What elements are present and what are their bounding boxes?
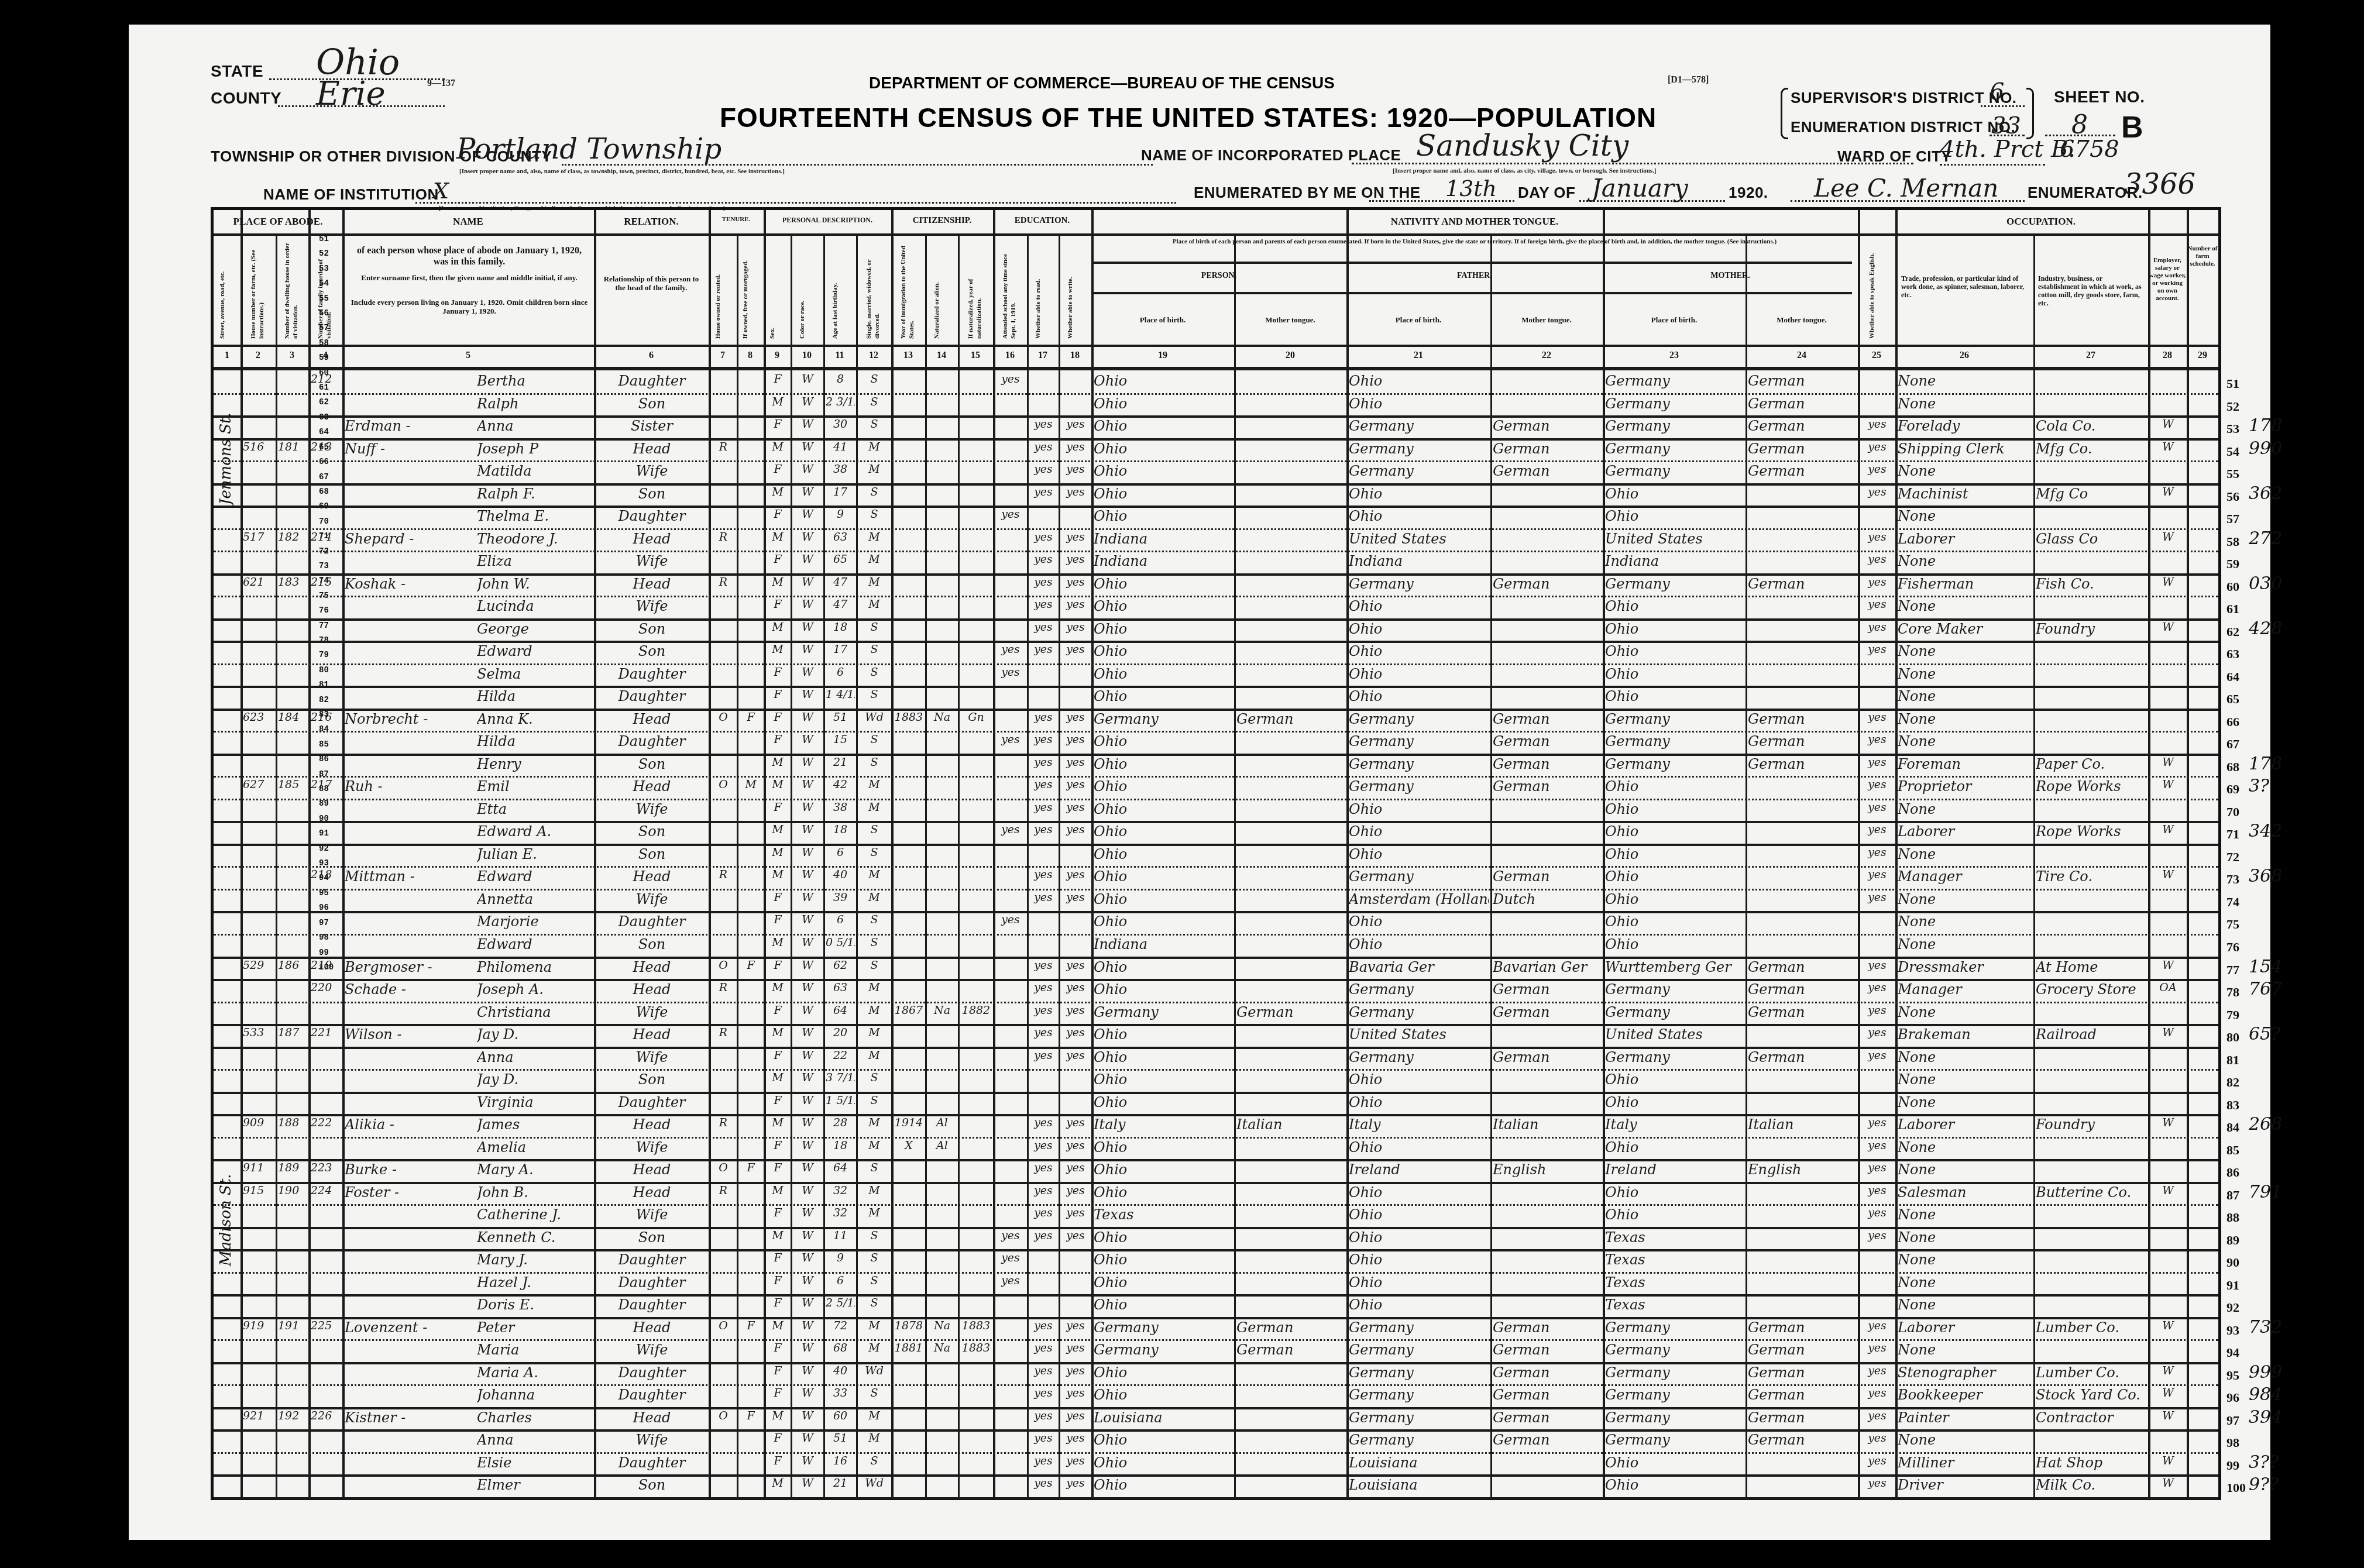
name-instructions-3: Include every person living on January 1… [349, 298, 589, 315]
cell-trade: Stenographer [1898, 1364, 2032, 1381]
cell-house: 911 [243, 1161, 274, 1174]
line-number: 63 [2226, 647, 2239, 662]
cell-class: W [2150, 1319, 2186, 1332]
cell-m_pob: Ohio [1605, 868, 1744, 885]
cell-mort: F [739, 711, 762, 724]
cell-read: yes [1029, 1229, 1057, 1242]
cell-m_tongue: German [1748, 1049, 1857, 1065]
cell-given-name: Annetta [477, 891, 592, 907]
cell-natyr: Gn [960, 711, 992, 724]
cell-given-name: Anna [477, 418, 592, 434]
vertical-header-c7: Home owned or rented. [714, 239, 722, 339]
cell-given-name: Edward [477, 868, 592, 885]
cell-f_tongue: German [1493, 1387, 1602, 1403]
cell-given-name: Virginia [477, 1094, 592, 1110]
cell-age: 33 [826, 1387, 855, 1399]
supervisor-label: SUPERVISOR'S DISTRICT NO. [1791, 89, 2017, 107]
cell-m_pob: Germany [1605, 1004, 1744, 1020]
cell-age: 51 [826, 711, 855, 724]
cell-own: R [711, 576, 736, 589]
cell-pob: Ohio [1094, 1184, 1233, 1201]
column-number-4: 4 [308, 350, 342, 361]
sheet-side: B [2121, 110, 2143, 145]
cell-age: 39 [826, 891, 855, 904]
cell-house: 533 [243, 1026, 274, 1039]
cell-tongue: German [1236, 1004, 1345, 1020]
cell-m_pob: Germany [1605, 1409, 1744, 1426]
cell-pob: Ohio [1094, 823, 1233, 840]
cell-given-name: John W. [477, 576, 592, 592]
cell-pob: Germany [1094, 1319, 1233, 1336]
cell-trade: Dressmaker [1898, 959, 2032, 975]
cell-marital: S [858, 1387, 890, 1399]
cell-race: W [793, 1004, 822, 1017]
cell-dwelling: 183 [278, 576, 307, 589]
cell-natyr: 1883 [960, 1319, 992, 1332]
column-number-18: 18 [1059, 350, 1091, 361]
cell-f_pob: United States [1349, 1026, 1489, 1043]
cell-f_pob: Louisiana [1349, 1454, 1489, 1471]
cell-read: yes [1029, 891, 1057, 904]
cell-sex: F [766, 913, 789, 926]
cell-dwelling: 191 [278, 1319, 307, 1332]
cell-write: yes [1061, 981, 1090, 994]
cell-given-name: Mary J. [477, 1251, 592, 1268]
cell-relation: Son [596, 846, 707, 862]
cell-given-name: Christiana [477, 1004, 592, 1020]
ed-label: ENUMERATION DISTRICT NO. [1791, 118, 2015, 136]
cell-relation: Wife [596, 801, 707, 817]
cell-race: W [793, 396, 822, 408]
cell-age: 8 [826, 373, 855, 386]
cell-sex: F [766, 1342, 789, 1354]
cell-trade: Laborer [1898, 1319, 2032, 1336]
cell-sex: M [766, 1477, 789, 1490]
line-number: 60 [2226, 579, 2239, 594]
cell-m_pob: Texas [1605, 1229, 1744, 1246]
line-number: 72 [2226, 850, 2239, 865]
cell-given-name: Maria [477, 1342, 592, 1358]
cell-pob: Ohio [1094, 868, 1233, 885]
line-number: 94 [2226, 1345, 2239, 1360]
township-note: [Insert proper name and, also, name of c… [459, 168, 785, 175]
table-row: ChristianaWifeFW64M1867Na1882yesyesyesGe… [214, 1002, 2218, 1024]
column-number-7: 7 [709, 350, 737, 361]
cell-class: OA [2150, 981, 2186, 994]
cell-f_pob: Ohio [1349, 373, 1489, 389]
cell-marital: M [858, 981, 890, 994]
cell-class: W [2150, 1477, 2186, 1490]
cell-relation: Wife [596, 1206, 707, 1223]
cell-pob: Ohio [1094, 733, 1233, 749]
cell-marital: M [858, 1432, 890, 1445]
cell-given-name: Anna [477, 1049, 592, 1065]
county-label: COUNTY [211, 89, 281, 108]
cell-pob: Ohio [1094, 1477, 1233, 1493]
cell-sex: F [766, 1049, 789, 1062]
cell-trade: None [1898, 463, 2032, 479]
cell-m_pob: Ohio [1605, 846, 1744, 862]
cell-pob: Ohio [1094, 801, 1233, 817]
cell-english: yes [1860, 1342, 1894, 1354]
table-row: HildaDaughterFW1 4/12SOhioOhioOhioNone65 [214, 686, 2218, 709]
cell-trade: None [1898, 891, 2032, 907]
cell-relation: Son [596, 1071, 707, 1088]
cell-f_pob: Germany [1349, 418, 1489, 434]
cell-sex: M [766, 621, 789, 634]
line-number: 58 [2226, 534, 2239, 549]
table-row: AnnettaWifeFW39MyesyesyesOhioAmsterdam (… [214, 889, 2218, 912]
cell-english: yes [1860, 643, 1894, 656]
cell-write: yes [1061, 1184, 1090, 1197]
cell-write: yes [1061, 1116, 1090, 1129]
cell-english: yes [1860, 418, 1894, 431]
occupation-code-note: 767 [2249, 979, 2282, 999]
table-row: 529186219Bergmoser -PhilomenaHeadOFFW62S… [214, 957, 2218, 979]
line-number: 81 [2226, 1053, 2239, 1068]
line-number: 66 [2226, 714, 2239, 730]
cell-name: Nuff - [345, 441, 468, 457]
cell-given-name: Kenneth C. [477, 1229, 592, 1246]
cell-given-name: Doris E. [477, 1297, 592, 1313]
cell-race: W [793, 913, 822, 926]
cell-relation: Wife [596, 598, 707, 614]
column-number-3: 3 [276, 350, 308, 361]
cell-m_pob: Germany [1605, 711, 1744, 727]
occupation-code-note: 990 [2249, 438, 2282, 459]
cell-school: yes [995, 733, 1026, 746]
table-row: AmeliaWifeFW18MXAlyesyesyesOhioOhioOhioN… [214, 1137, 2218, 1160]
cell-given-name: Charles [477, 1409, 592, 1426]
cell-pob: Ohio [1094, 1094, 1233, 1110]
cell-class: W [2150, 486, 2186, 498]
cell-family: 222 [311, 1116, 341, 1129]
ward-value: 4th. Prct B. [1940, 136, 2076, 163]
cell-class: W [2150, 441, 2186, 453]
table-row: EdwardSonMW17SyesyesyesyesOhioOhioOhioNo… [214, 641, 2218, 663]
cell-english: yes [1860, 959, 1894, 972]
cell-dwelling: 188 [278, 1116, 307, 1129]
cell-sex: M [766, 868, 789, 881]
cell-nat: Al [927, 1139, 957, 1152]
cell-marital: S [858, 1161, 890, 1174]
cell-sex: M [766, 936, 789, 949]
cell-write: yes [1061, 598, 1090, 611]
cell-f_pob: Germany [1349, 733, 1489, 749]
cell-age: 68 [826, 1342, 855, 1354]
occupation-code-note: 268 [2249, 1114, 2282, 1134]
cell-race: W [793, 1297, 822, 1309]
cell-name: Wilson - [345, 1026, 468, 1043]
occupation-industry-header: Industry, business, or establishment in … [2038, 274, 2143, 307]
cell-m_pob: Italy [1605, 1116, 1744, 1133]
cell-relation: Head [596, 531, 707, 547]
occupation-code-note: 394 [2249, 1407, 2282, 1428]
cell-f_pob: Ohio [1349, 486, 1489, 502]
cell-m_pob: Ohio [1605, 598, 1744, 614]
cell-family: 226 [311, 1409, 341, 1422]
cell-f_pob: Germany [1349, 1342, 1489, 1358]
cell-english: yes [1860, 1409, 1894, 1422]
cell-pob: Germany [1094, 711, 1233, 727]
cell-race: W [793, 778, 822, 791]
cell-race: W [793, 1206, 822, 1219]
cell-given-name: Lucinda [477, 598, 592, 614]
cell-given-name: Bertha [477, 373, 592, 389]
cell-f_pob: Ohio [1349, 801, 1489, 817]
cell-relation: Head [596, 959, 707, 975]
table-row: 915190224Foster -John B.HeadRMW32Myesyes… [214, 1182, 2218, 1205]
cell-family: 223 [311, 1161, 341, 1174]
cell-industry: Railroad [2036, 1026, 2147, 1043]
cell-write: yes [1061, 1004, 1090, 1017]
cell-trade: Driver [1898, 1477, 2032, 1493]
cell-sex: M [766, 1319, 789, 1332]
cell-age: 3 7/12 [826, 1071, 855, 1084]
cell-write: yes [1061, 1477, 1090, 1490]
cell-marital: S [858, 1229, 890, 1242]
cell-age: 42 [826, 778, 855, 791]
cell-marital: S [858, 1454, 890, 1467]
cell-house: 627 [243, 778, 274, 791]
cell-sex: F [766, 688, 789, 701]
cell-english: yes [1860, 598, 1894, 611]
cell-f_tongue: German [1493, 1004, 1602, 1020]
cell-relation: Daughter [596, 373, 707, 389]
cell-age: 47 [826, 598, 855, 611]
cell-class: W [2150, 418, 2186, 431]
cell-english: yes [1860, 1206, 1894, 1219]
cell-write: yes [1061, 576, 1090, 589]
table-row: EttaWifeFW38MyesyesyesOhioOhioOhioNone70 [214, 799, 2218, 821]
cell-pob: Ohio [1094, 846, 1233, 862]
cell-industry: Tire Co. [2036, 868, 2147, 885]
line-number: 61 [2226, 601, 2239, 617]
cell-f_pob: Louisiana [1349, 1477, 1489, 1493]
cell-race: W [793, 846, 822, 859]
cell-pob: Italy [1094, 1116, 1233, 1133]
cell-name: Alikia - [345, 1116, 468, 1133]
day-of-label: DAY OF [1516, 184, 1578, 202]
cell-given-name: Eliza [477, 553, 592, 569]
cell-name: Kistner - [345, 1409, 468, 1426]
cell-trade: None [1898, 711, 2032, 727]
occupation-code-note: 178 [2249, 754, 2282, 774]
table-row: Catherine J.WifeFW32MyesyesyesTexasOhioO… [214, 1204, 2218, 1227]
cell-write: yes [1061, 1206, 1090, 1219]
table-row: 627185217Ruh -EmilHeadOMMW42MyesyesyesWO… [214, 776, 2218, 799]
cell-pob: Ohio [1094, 643, 1233, 659]
cell-given-name: Peter [477, 1319, 592, 1336]
cell-race: W [793, 1184, 822, 1197]
supervisor-value: 6 [1990, 78, 2004, 105]
cell-industry: Foundry [2036, 621, 2147, 637]
cell-relation: Daughter [596, 1274, 707, 1291]
cell-marital: S [858, 643, 890, 656]
cell-trade: Shipping Clerk [1898, 441, 2032, 457]
cell-read: yes [1029, 1139, 1057, 1152]
cell-school: yes [995, 643, 1026, 656]
cell-race: W [793, 801, 822, 814]
vertical-header-c15: If naturalized, year of naturalization. [967, 239, 983, 339]
cell-trade: Manager [1898, 868, 2032, 885]
cell-age: 30 [826, 418, 855, 431]
column-number-23: 23 [1603, 350, 1745, 361]
cell-marital: S [858, 936, 890, 949]
cell-marital: S [858, 1274, 890, 1287]
cell-m_tongue: German [1748, 396, 1857, 412]
table-row: 921192226Kistner -CharlesHeadOFMW60Myesy… [214, 1407, 2218, 1430]
column-number-19: 19 [1091, 350, 1234, 361]
cell-relation: Son [596, 756, 707, 772]
cell-english: yes [1860, 1229, 1894, 1242]
cell-immig: 1914 [894, 1116, 924, 1129]
occupation-code-note: 984 [2249, 1384, 2282, 1405]
cell-m_pob: Germany [1605, 418, 1744, 434]
cell-name: Norbrecht - [345, 711, 468, 727]
cell-m_pob: Ohio [1605, 508, 1744, 524]
cell-school: yes [995, 1229, 1026, 1242]
cell-read: yes [1029, 1004, 1057, 1017]
cell-f_pob: Ohio [1349, 823, 1489, 840]
cell-age: 20 [826, 1026, 855, 1039]
cell-family: 224 [311, 1184, 341, 1197]
cell-f_pob: Ohio [1349, 1139, 1489, 1156]
cell-pob: Ohio [1094, 959, 1233, 975]
cell-english: yes [1860, 1319, 1894, 1332]
cell-age: 32 [826, 1184, 855, 1197]
cell-race: W [793, 1094, 822, 1107]
cell-m_pob: Ohio [1605, 621, 1744, 637]
cell-read: yes [1029, 1364, 1057, 1377]
cell-read: yes [1029, 418, 1057, 431]
cell-trade: None [1898, 1049, 2032, 1065]
cell-name: Foster - [345, 1184, 468, 1201]
cell-nat: Na [927, 1319, 957, 1332]
nativity-mother-header: MOTHER. [1603, 271, 1858, 280]
cell-english: yes [1860, 823, 1894, 836]
cell-house: 921 [243, 1409, 274, 1422]
cell-name: Shepard - [345, 531, 468, 547]
enumerated-day: 13th [1445, 176, 1497, 201]
cell-f_pob: Ohio [1349, 508, 1489, 524]
cell-f_pob: Ohio [1349, 621, 1489, 637]
header-bottom-rule [214, 345, 2218, 347]
cell-pob: Ohio [1094, 1071, 1233, 1088]
cell-given-name: Edward [477, 936, 592, 953]
township-value: Portland Township [456, 133, 721, 166]
table-row: Doris E.DaughterFW2 5/12SOhioOhioTexasNo… [214, 1294, 2218, 1317]
cell-marital: M [858, 801, 890, 814]
cell-own: R [711, 1116, 736, 1129]
cell-m_tongue: German [1748, 981, 1857, 998]
cell-f_pob: Germany [1349, 711, 1489, 727]
cell-marital: M [858, 531, 890, 544]
cell-sex: F [766, 1297, 789, 1309]
cell-school: yes [995, 373, 1026, 386]
cell-trade: Foreman [1898, 756, 2032, 772]
cell-m_pob: Germany [1605, 1432, 1744, 1448]
cell-age: 22 [826, 1049, 855, 1062]
cell-own: R [711, 868, 736, 881]
cell-f_pob: Ohio [1349, 688, 1489, 704]
cell-marital: M [858, 1116, 890, 1129]
cell-age: 18 [826, 621, 855, 634]
cell-trade: None [1898, 373, 2032, 389]
cell-sex: F [766, 1094, 789, 1107]
cell-marital: M [858, 1409, 890, 1422]
cell-age: 6 [826, 1274, 855, 1287]
line-number: 59 [2226, 556, 2239, 572]
cell-read: yes [1029, 1387, 1057, 1399]
cell-relation: Wife [596, 1432, 707, 1448]
occupation-code-note: 9?? [2249, 1474, 2279, 1495]
table-row: MatildaWifeFW38MyesyesyesOhioGermanyGerm… [214, 460, 2218, 483]
cell-sex: M [766, 756, 789, 769]
cell-marital: M [858, 598, 890, 611]
cell-race: W [793, 1454, 822, 1467]
cell-trade: Laborer [1898, 1116, 2032, 1133]
cell-class: W [2150, 1184, 2186, 1197]
column-number-25: 25 [1858, 350, 1895, 361]
cell-class: W [2150, 959, 2186, 972]
cell-pob: Ohio [1094, 598, 1233, 614]
cell-trade: None [1898, 1004, 2032, 1020]
cell-house: 516 [243, 441, 274, 453]
nativity-subgroup-rule-2 [1091, 292, 1852, 294]
cell-school: yes [995, 823, 1026, 836]
cell-english: yes [1860, 1116, 1894, 1129]
cell-sex: F [766, 1139, 789, 1152]
line-number: 69 [2226, 782, 2239, 797]
cell-age: 0 5/12 [826, 936, 855, 949]
line-number: 70 [2226, 804, 2239, 820]
cell-english: yes [1860, 463, 1894, 476]
cell-write: yes [1061, 1161, 1090, 1174]
line-number: 95 [2226, 1368, 2239, 1383]
cell-read: yes [1029, 598, 1057, 611]
vertical-header-c8: If owned, free or mortgaged. [741, 239, 750, 339]
cell-age: 47 [826, 576, 855, 589]
cell-given-name: James [477, 1116, 592, 1133]
cell-f_pob: Bavaria Ger [1349, 959, 1489, 975]
cell-sex: F [766, 959, 789, 972]
cell-english: yes [1860, 486, 1894, 498]
cell-english: yes [1860, 981, 1894, 994]
table-row: VirginiaDaughterFW1 5/12SOhioOhioOhioNon… [214, 1092, 2218, 1115]
cell-age: 72 [826, 1319, 855, 1332]
cell-write: yes [1061, 868, 1090, 881]
cell-race: W [793, 1387, 822, 1399]
cell-sex: F [766, 373, 789, 386]
father-place-of-birth-header: Place of birth. [1346, 315, 1490, 324]
cell-f_pob: Ohio [1349, 846, 1489, 862]
cell-f_tongue: German [1493, 1432, 1602, 1448]
table-row: 218Mittman -EdwardHeadRMW40MyesyesyesWOh… [214, 866, 2218, 889]
cell-sex: F [766, 508, 789, 521]
cell-sex: M [766, 823, 789, 836]
cell-trade: None [1898, 396, 2032, 412]
cell-english: yes [1860, 846, 1894, 859]
cell-m_pob: Germany [1605, 396, 1744, 412]
cell-marital: M [858, 1026, 890, 1039]
cell-english: yes [1860, 531, 1894, 544]
cell-trade: None [1898, 666, 2032, 682]
cell-pob: Ohio [1094, 981, 1233, 998]
table-row: Julian E.SonMW6SyesOhioOhioOhioNone72 [214, 844, 2218, 866]
cell-race: W [793, 733, 822, 746]
cell-m_pob: Ohio [1605, 666, 1744, 682]
